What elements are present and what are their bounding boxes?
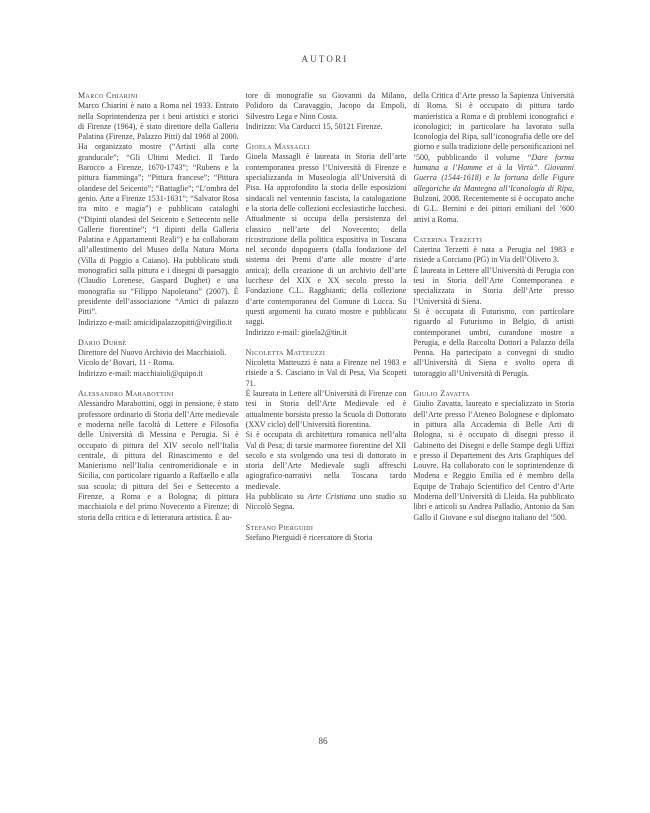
body-text: Si è occupata di architettura romanica n… [246, 430, 407, 490]
bio-paragraph: Ha pubblicato su Arte Cristiana uno stud… [246, 492, 407, 513]
bio-paragraph: Gioela Massagli è laureata in Storia del… [246, 152, 407, 327]
body-text: Alessandro Marabottini [78, 389, 174, 398]
author-name-heading: Dario Durbè [78, 338, 239, 348]
author-name-heading: Giulio Zavatta [413, 389, 574, 399]
author-name-heading: Nicoletta Matteuzzi [246, 348, 407, 358]
body-text: Dario Durbè [78, 338, 127, 347]
bio-paragraph: Nicoletta Matteuzzi è nata a Firenze nel… [246, 358, 407, 389]
bio-paragraph: Giulio Zavatta, laureato e specializzato… [413, 399, 574, 523]
body-text: È laureata in Lettere all’Università di … [246, 389, 407, 429]
bio-paragraph: Alessandro Marabottini, oggi in pensione… [78, 399, 239, 523]
page: AUTORI Marco ChiariniMarco Chiarini è na… [0, 0, 650, 813]
bio-paragraph: della Critica d’Arte presso la Sapienza … [413, 91, 574, 225]
body-text: tore di monografie su Giovanni da Milano… [246, 91, 407, 121]
text-column-2: tore di monografie su Giovanni da Milano… [246, 91, 407, 543]
body-text: Gioela Massagli [246, 142, 310, 151]
body-text: Alessandro Marabottini, oggi in pensione… [78, 399, 239, 521]
text-columns: Marco ChiariniMarco Chiarini è nato a Ro… [78, 91, 574, 543]
bio-paragraph: Si è occupata di Futurismo, con particol… [413, 307, 574, 379]
body-text: Stefano Pierguidi è ricercatore di Stori… [246, 533, 373, 542]
text-column-3: della Critica d’Arte presso la Sapienza … [413, 91, 574, 543]
body-text: Indirizzo e-mail: macchiaioli@quipo.it [78, 369, 203, 378]
bio-paragraph: È laureata in Lettere all’Università di … [413, 266, 574, 307]
page-number: 86 [0, 736, 646, 746]
body-text: Marco Chiarini [78, 91, 138, 100]
bio-paragraph: Indirizzo e-mail: amicidipalazzopitti@vi… [78, 318, 239, 328]
italic-title-text: Arte Cristiana [308, 492, 356, 501]
bio-paragraph: tore di monografie su Giovanni da Milano… [246, 91, 407, 122]
body-text: Giulio Zavatta [413, 389, 470, 398]
bio-paragraph: Indirizzo e-mail: gioela2@tin.it [246, 328, 407, 338]
bio-paragraph: Vicolo de’ Bovari, 11 - Roma. [78, 358, 239, 368]
body-text: Giulio Zavatta, laureato e specializzato… [413, 399, 574, 521]
bio-paragraph: Marco Chiarini è nato a Roma nel 1933. E… [78, 101, 239, 317]
body-text: Indirizzo e-mail: gioela2@tin.it [246, 328, 347, 337]
bio-paragraph: Indirizzo: Via Carducci 15, 50121 Firenz… [246, 122, 407, 132]
bio-paragraph: Stefano Pierguidi è ricercatore di Stori… [246, 533, 407, 543]
bio-paragraph: Caterina Terzetti è nata a Perugia nel 1… [413, 245, 574, 266]
body-text: È laureata in Lettere all’Università di … [413, 266, 574, 306]
body-text: Marco Chiarini è nato a Roma nel 1933. E… [78, 101, 239, 316]
body-text: Caterina Terzetti [413, 235, 482, 244]
body-text: Ha pubblicato su [246, 492, 308, 501]
body-text: Nicoletta Matteuzzi è nata a Firenze nel… [246, 358, 407, 388]
body-text: della Critica d’Arte presso la Sapienza … [413, 91, 574, 162]
author-name-heading: Gioela Massagli [246, 142, 407, 152]
body-text: Indirizzo e-mail: amicidipalazzopitti@vi… [78, 318, 232, 327]
author-name-heading: Alessandro Marabottini [78, 389, 239, 399]
page-header: AUTORI [0, 54, 650, 64]
body-text: Stefano Pierguidi [246, 523, 314, 532]
body-text: Gioela Massagli è laureata in Storia del… [246, 152, 407, 326]
body-text: Nicoletta Matteuzzi [246, 348, 326, 357]
body-text: Si è occupata di Futurismo, con particol… [413, 307, 574, 378]
body-text: Caterina Terzetti è nata a Perugia nel 1… [413, 245, 574, 264]
body-text: Indirizzo: Via Carducci 15, 50121 Firenz… [246, 122, 383, 131]
bio-paragraph: È laureata in Lettere all’Università di … [246, 389, 407, 430]
body-text: Vicolo de’ Bovari, 11 - Roma. [78, 358, 174, 367]
bio-paragraph: Si è occupata di architettura romanica n… [246, 430, 407, 492]
bio-paragraph: Indirizzo e-mail: macchiaioli@quipo.it [78, 369, 239, 379]
body-text: Direttore del Nuovo Archivio dei Macchia… [78, 348, 226, 357]
bio-paragraph: Direttore del Nuovo Archivio dei Macchia… [78, 348, 239, 358]
author-name-heading: Caterina Terzetti [413, 235, 574, 245]
text-column-1: Marco ChiariniMarco Chiarini è nato a Ro… [78, 91, 239, 543]
author-name-heading: Stefano Pierguidi [246, 523, 407, 533]
author-name-heading: Marco Chiarini [78, 91, 239, 101]
